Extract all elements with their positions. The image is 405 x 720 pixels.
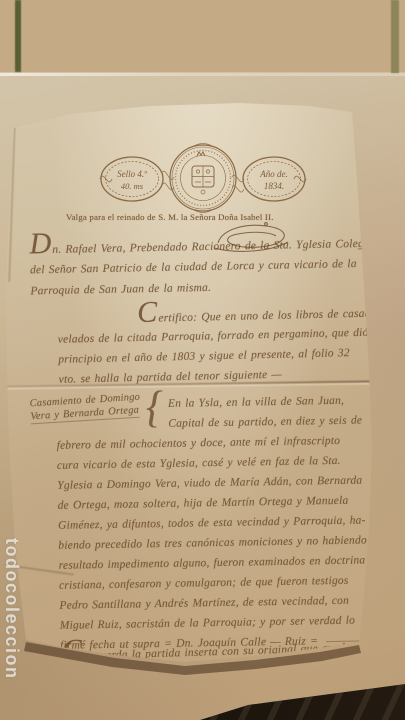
royal-coat-of-arms-seal bbox=[170, 145, 236, 211]
year-stamp-right: Año de. 1834. bbox=[243, 157, 305, 201]
photo-scene: Sello 4.º 40. ms Año de. 1834 bbox=[0, 0, 405, 720]
stamp-price: 40. ms bbox=[121, 181, 144, 191]
stamp-denomination: Sello 4.º bbox=[117, 169, 147, 179]
manuscript-certifico: Certifico: Que en uno de los libros de c… bbox=[57, 302, 392, 390]
stamp-year-value: 1834. bbox=[264, 181, 284, 191]
tax-stamp-left: Sello 4.º 40. ms bbox=[101, 157, 163, 201]
stamp-header: Sello 4.º 40. ms Año de. 1834 bbox=[98, 141, 308, 215]
green-strip-left-icon bbox=[15, 0, 21, 72]
manuscript-partida: En la Ysla, en la villa de San Juan, Cap… bbox=[56, 388, 405, 656]
background-shelf bbox=[0, 0, 405, 76]
watermark: todocoleccion bbox=[1, 538, 22, 680]
green-strip-right-icon bbox=[391, 0, 399, 74]
manuscript-opening: Dn. Rafael Vera, Prebendado Racionero de… bbox=[29, 233, 377, 303]
stamp-year-label: Año de. bbox=[259, 169, 288, 179]
